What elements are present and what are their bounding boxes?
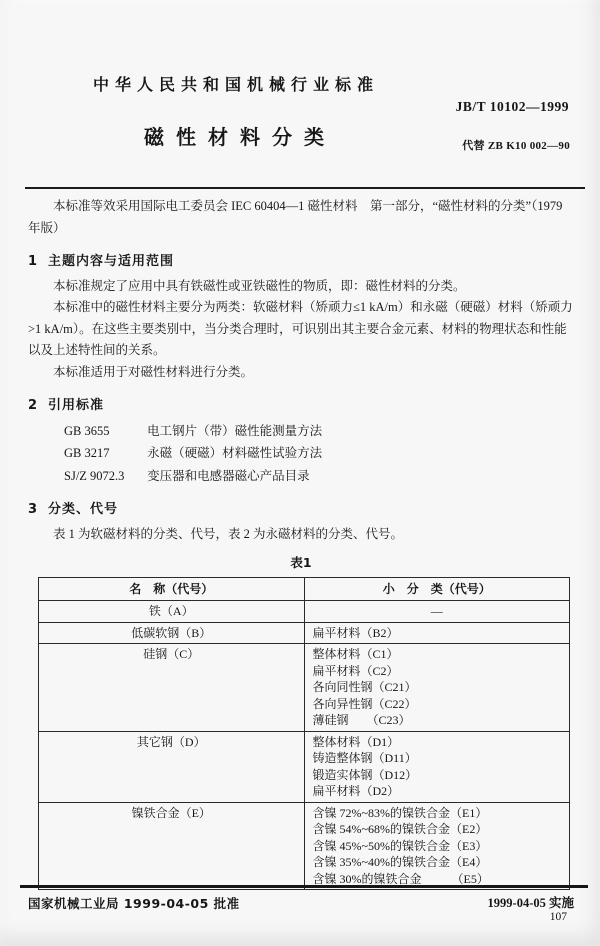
column-header-name: 名 称（代号） [39, 577, 305, 601]
reference-code: GB 3655 [64, 420, 144, 443]
subclass-cell: — [304, 601, 570, 623]
reference-item: SJ/Z 9072.3 变压器和电感器磁心产品目录 [28, 465, 574, 488]
section-2-heading: 2引用标准 [28, 395, 574, 417]
subclass-line: — [313, 603, 562, 620]
section-1-paragraph-3: 本标准适用于对磁性材料进行分类。 [28, 362, 574, 384]
standard-org-title: 中华人民共和国机械行业标准 [93, 72, 379, 95]
subclass-line: 扁平材料（C2） [313, 663, 562, 680]
subclass-cell: 扁平材料（B2） [304, 622, 570, 644]
subclass-cell: 整体材料（D1） 铸造整体钢（D11） 锻造实体钢（D12） 扁平材料（D2） [304, 731, 570, 802]
document-body: 本标准等效采用国际电工委员会 IEC 60404—1 磁性材料 第一部分，“磁性… [28, 196, 574, 890]
material-name-cell: 低碳软钢（B） [39, 622, 305, 644]
document-page: 中华人民共和国机械行业标准 JB/T 10102—1999 磁性材料分类 代替 … [0, 0, 600, 946]
subclass-line: 扁平材料（D2） [313, 783, 562, 800]
column-header-subclass: 小 分 类（代号） [304, 577, 570, 601]
header-divider-rule [25, 187, 585, 189]
subclass-line: 整体材料（C1） [313, 646, 562, 663]
subclass-line: 各向同性钢（C21） [313, 679, 562, 696]
subclass-line: 含镍 45%~50%的镍铁合金（E3） [313, 838, 562, 855]
subclass-line: 含镍 35%~40%的镍铁合金（E4） [313, 854, 562, 871]
section-3-paragraph-1: 表 1 为软磁材料的分类、代号，表 2 为永磁材料的分类、代号。 [28, 524, 574, 546]
material-name-cell: 镍铁合金（E） [39, 802, 305, 890]
section-1-number: 1 [28, 254, 38, 269]
material-name-cell: 铁（A） [39, 601, 305, 623]
subclass-line: 扁平材料（B2） [313, 625, 562, 642]
classification-table: 名 称（代号） 小 分 类（代号） 铁（A） — 低碳软钢（B） 扁平材料（B2… [38, 577, 570, 891]
subclass-line: 铸造整体钢（D11） [313, 750, 562, 767]
section-2-title: 引用标准 [48, 398, 104, 413]
subclass-cell: 整体材料（C1） 扁平材料（C2） 各向同性钢（C21） 各向异性钢（C22） … [304, 644, 570, 732]
table-row: 其它钢（D） 整体材料（D1） 铸造整体钢（D11） 锻造实体钢（D12） 扁平… [39, 731, 570, 802]
section-1-paragraph-2: 本标准中的磁性材料主要分为两类：软磁材料（矫顽力≤1 kA/m）和永磁（硬磁）材… [28, 297, 574, 362]
section-3-number: 3 [28, 502, 38, 517]
material-name-cell: 其它钢（D） [39, 731, 305, 802]
table-row: 铁（A） — [39, 601, 570, 623]
subclass-line: 锻造实体钢（D12） [313, 767, 562, 784]
reference-code: SJ/Z 9072.3 [64, 465, 144, 488]
intro-paragraph: 本标准等效采用国际电工委员会 IEC 60404—1 磁性材料 第一部分，“磁性… [28, 196, 574, 239]
reference-item: GB 3217 永磁（硬磁）材料磁性试验方法 [28, 442, 574, 465]
document-title: 磁性材料分类 [144, 121, 336, 150]
page-number: 107 [550, 911, 567, 923]
subclass-line: 含镍 54%~68%的镍铁合金（E2） [313, 821, 562, 838]
footer-implementation: 1999-04-05 实施 [488, 893, 574, 911]
replaces-note: 代替 ZB K10 002—90 [462, 137, 570, 153]
reference-code: GB 3217 [64, 442, 144, 465]
reference-name: 变压器和电感器磁心产品目录 [147, 469, 310, 483]
section-2-number: 2 [28, 398, 38, 413]
reference-name: 永磁（硬磁）材料磁性试验方法 [147, 446, 322, 460]
table-header-row: 名 称（代号） 小 分 类（代号） [39, 577, 570, 601]
table-row: 低碳软钢（B） 扁平材料（B2） [39, 622, 570, 644]
section-1-paragraph-1: 本标准规定了应用中具有铁磁性或亚铁磁性的物质，即：磁性材料的分类。 [28, 276, 574, 298]
subclass-line: 薄硅钢 （C23） [313, 712, 562, 729]
section-3-heading: 3分类、代号 [28, 499, 574, 521]
section-1-heading: 1主题内容与适用范围 [28, 251, 574, 273]
standard-number: JB/T 10102—1999 [456, 99, 569, 115]
subclass-line: 整体材料（D1） [313, 734, 562, 751]
table-row: 镍铁合金（E） 含镍 72%~83%的镍铁合金（E1） 含镍 54%~68%的镍… [39, 802, 570, 890]
section-1-title: 主题内容与适用范围 [48, 254, 174, 269]
section-3-title: 分类、代号 [48, 502, 118, 517]
table-row: 硅钢（C） 整体材料（C1） 扁平材料（C2） 各向同性钢（C21） 各向异性钢… [39, 644, 570, 732]
table-1-caption: 表1 [28, 552, 574, 574]
footer-approval: 国家机械工业局 1999-04-05 批准 [28, 894, 240, 912]
footer-divider-rule [20, 885, 588, 888]
reference-item: GB 3655 电工钢片（带）磁性能测量方法 [28, 420, 574, 443]
subclass-cell: 含镍 72%~83%的镍铁合金（E1） 含镍 54%~68%的镍铁合金（E2） … [304, 802, 570, 890]
reference-name: 电工钢片（带）磁性能测量方法 [147, 424, 322, 438]
material-name-cell: 硅钢（C） [39, 644, 305, 732]
subclass-line: 含镍 72%~83%的镍铁合金（E1） [313, 805, 562, 822]
subclass-line: 各向异性钢（C22） [313, 696, 562, 713]
